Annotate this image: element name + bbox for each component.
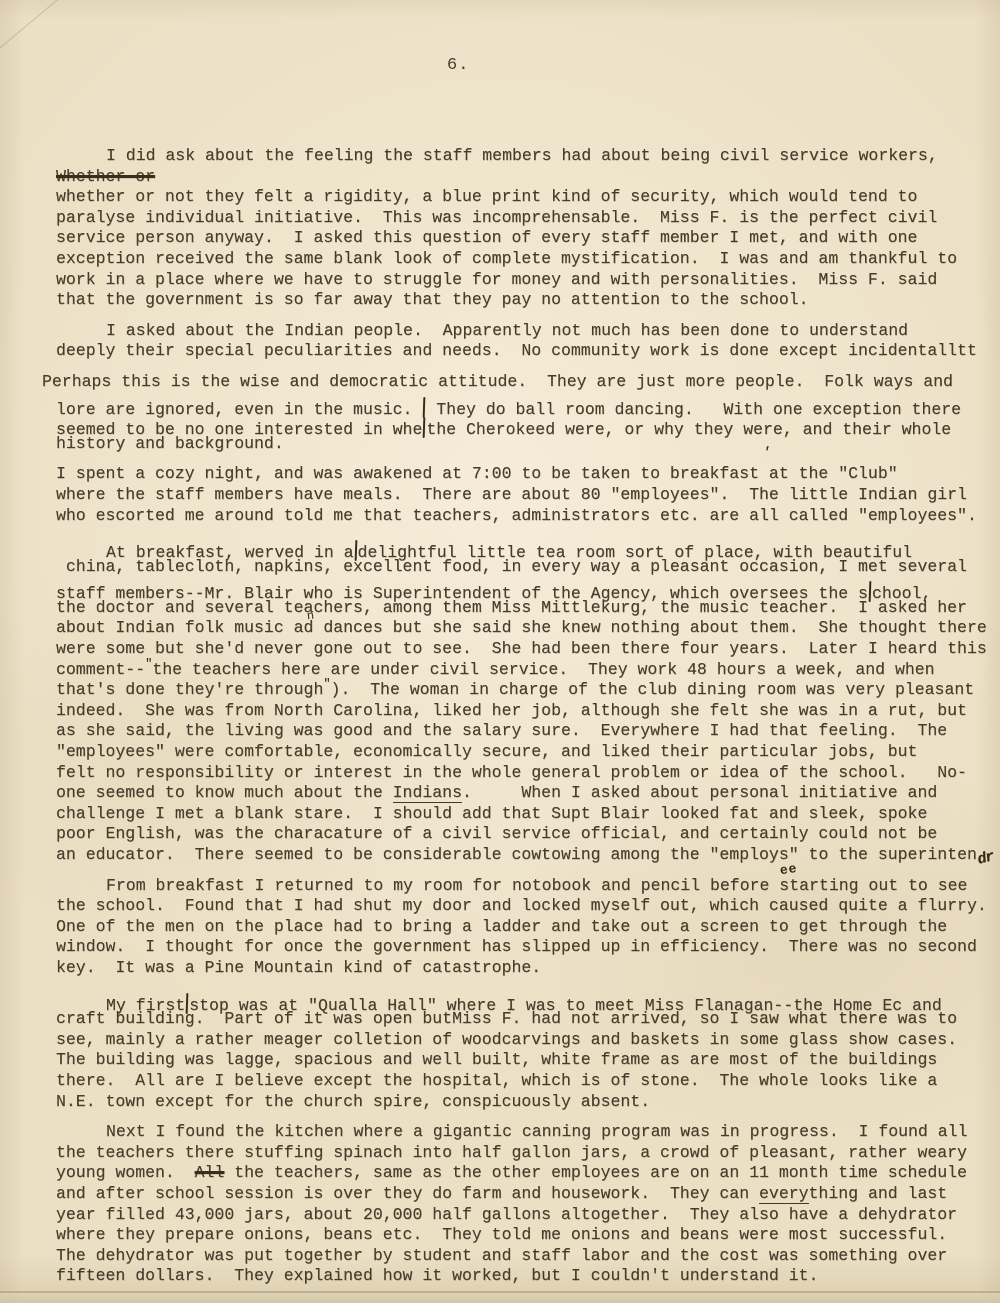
text-segment: china, tablecloth, napkins, excellent fo…: [56, 557, 967, 576]
text-line: the school. Found that I had shut my doo…: [56, 896, 992, 917]
text-line: about Indian folk music adn dances but s…: [56, 618, 992, 639]
text-line: felt no responsibility or interest in th…: [56, 763, 992, 784]
text-line: that the government is so far away that …: [56, 290, 992, 311]
paragraph: From breakfast I returned to my room for…: [56, 876, 992, 979]
paragraph: Next I found the kitchen where a giganti…: [56, 1122, 992, 1287]
text-segment: . When I asked about personal initiative…: [462, 783, 937, 802]
text-line: Next I found the kitchen where a giganti…: [56, 1122, 992, 1143]
text-line: where the staff members have meals. Ther…: [56, 485, 992, 506]
text-segment: to the superinten: [799, 845, 977, 864]
paragraph: I asked about the Indian people. Apparen…: [56, 321, 992, 362]
text-line: I asked about the Indian people. Apparen…: [56, 321, 992, 342]
struck-text: All: [195, 1163, 225, 1182]
underlined-text: Indians: [393, 783, 462, 803]
pen-annotation: n: [305, 606, 314, 627]
text-segment: that the government is so far away that …: [56, 290, 809, 309]
text-segment: were some but she'd never gone out to se…: [56, 639, 987, 658]
text-line: seemed to be no one interested in whethe…: [56, 413, 992, 434]
text-segment: the teachers, same as the other employee…: [224, 1163, 967, 1182]
text-line: that's done they're through"). The woman…: [56, 680, 992, 701]
text-segment: craft building. Part of it was open butM…: [56, 1009, 957, 1028]
text-line: paralyse individual initiative. This was…: [56, 208, 992, 229]
text-segment: poor English, was the characature of a c…: [56, 824, 937, 843]
text-segment: history and background.: [56, 434, 284, 453]
handwritten-note: dr: [975, 847, 996, 871]
text-segment: about Indian folk music a: [56, 618, 304, 637]
text-line: I spent a cozy night, and was awakened a…: [56, 464, 992, 485]
paragraph: At breakfast, werved in adelightful litt…: [56, 536, 992, 866]
text-segment: who escorted me around told me that teac…: [56, 506, 977, 525]
text-line: the doctor and several teachers, among t…: [56, 598, 992, 619]
text-segment: One of the men on the place had to bring…: [56, 917, 947, 936]
text-segment: challenge I met a blank stare. I should …: [56, 804, 927, 823]
text-line: service person anyway. I asked this ques…: [56, 228, 992, 249]
pen-superscript: ": [145, 657, 152, 671]
text-line: young women. All the teachers, same as t…: [56, 1163, 992, 1184]
text-line: work in a place where we have to struggl…: [56, 270, 992, 291]
text-line: My firststop was at "Qualla Hall" where …: [56, 989, 992, 1010]
text-segment: the Cherokeed were, or why they we: [426, 420, 763, 439]
text-line: staff members--Mr. Blair who is Superint…: [56, 577, 992, 598]
page-number: 6.: [447, 56, 469, 75]
text-segment: The dehydrator was put together by stude…: [56, 1246, 947, 1265]
text-segment: the school. Found that I had shut my doo…: [56, 896, 987, 915]
pen-annotation: ee: [778, 859, 798, 882]
text-line: N.E. town except for the church spire, c…: [56, 1092, 992, 1113]
text-segment: service person anyway. I asked this ques…: [56, 228, 917, 247]
text-segment: re, and their whole: [763, 420, 951, 439]
text-line: one seemed to know much about the Indian…: [56, 783, 992, 804]
pen-superscript: ": [323, 677, 330, 691]
text-line: The building was lagge, spacious and wel…: [56, 1050, 992, 1071]
text-segment: year filled 43,000 jars, about 20,000 ha…: [56, 1205, 957, 1224]
text-line: whether or not they felt a rigidity, a b…: [56, 187, 992, 208]
text-segment: window. I thought for once the governmen…: [56, 937, 977, 956]
text-segment: The building was lagge, spacious and wel…: [56, 1050, 937, 1069]
text-segment: an educator. There seemed to be consider…: [56, 845, 779, 864]
text-segment: whether or not they felt a rigidity, a b…: [56, 187, 917, 206]
text-segment: and after school session is over they do…: [56, 1184, 759, 1203]
text-segment: one seemed to know much about the: [56, 783, 393, 802]
text-segment: as she said, the living was good and the…: [56, 721, 947, 740]
text-line: and after school session is over they do…: [56, 1184, 992, 1205]
text-segment: Perhaps this is the wise and democratic …: [42, 372, 953, 391]
paragraph: Perhaps this is the wise and democratic …: [56, 372, 992, 454]
text-segment: I spent a cozy night, and was awakened a…: [56, 464, 898, 483]
text-line: comment--"the teachers here are under ci…: [56, 660, 992, 681]
text-segment: the teachers here are under civil servic…: [152, 660, 934, 679]
text-line: craft building. Part of it was open butM…: [56, 1009, 992, 1030]
text-line: Perhaps this is the wise and democratic …: [42, 372, 992, 393]
text-segment: indeed. She was from North Carolina, lik…: [56, 701, 967, 720]
text-line: there. All are I believe except the hosp…: [56, 1071, 992, 1092]
document-body: I did ask about the feeling the staff me…: [56, 146, 992, 1297]
text-line: One of the men on the place had to bring…: [56, 917, 992, 938]
text-segment: see, mainly a rather meager colletion of…: [56, 1030, 957, 1049]
text-line: indeed. She was from North Carolina, lik…: [56, 701, 992, 722]
text-segment: young women.: [56, 1163, 195, 1182]
text-segment: paralyse individual initiative. This was…: [56, 208, 937, 227]
text-line: who escorted me around told me that teac…: [56, 506, 992, 527]
text-line: deeply their special peculiarities and n…: [56, 341, 992, 362]
text-segment: exception received the same blank look o…: [56, 249, 957, 268]
text-segment: there. All are I believe except the hosp…: [56, 1071, 937, 1090]
text-segment: ). The woman in charge of the club dinin…: [331, 680, 975, 699]
text-segment: work in a place where we have to struggl…: [56, 270, 937, 289]
text-segment: where they prepare onions, beans etc. Th…: [56, 1225, 947, 1244]
text-line: year filled 43,000 jars, about 20,000 ha…: [56, 1205, 992, 1226]
text-segment: felt no responsibility or interest in th…: [56, 763, 967, 782]
struck-text: Whether or: [56, 167, 155, 186]
pen-stroke-mark: [354, 540, 357, 561]
text-line: challenge I met a blank stare. I should …: [56, 804, 992, 825]
text-line: were some but she'd never gone out to se…: [56, 639, 992, 660]
text-segment: the doctor and several teachers, among t…: [56, 598, 967, 617]
text-line: as she said, the living was good and the…: [56, 721, 992, 742]
text-line: see, mainly a rather meager colletion of…: [56, 1030, 992, 1051]
text-segment: deeply their special peculiarities and n…: [56, 341, 977, 360]
text-segment: the teachers there stuffing spinach into…: [56, 1143, 967, 1162]
text-segment: thing and last: [809, 1184, 948, 1203]
text-segment: Next I found the kitchen where a giganti…: [106, 1122, 967, 1141]
text-segment: fifteen dollars. They explained how it w…: [56, 1266, 818, 1285]
text-segment: N.E. town except for the church spire, c…: [56, 1092, 650, 1111]
text-segment: I asked about the Indian people. Apparen…: [106, 321, 908, 340]
text-segment: s"ee: [779, 845, 799, 864]
text-line: I did ask about the feeling the staff me…: [56, 146, 992, 167]
text-segment: I did ask about the feeling the staff me…: [106, 146, 938, 165]
text-line: window. I thought for once the governmen…: [56, 937, 992, 958]
paragraph: I spent a cozy night, and was awakened a…: [56, 464, 992, 526]
text-line: fifteen dollars. They explained how it w…: [56, 1266, 992, 1287]
text-line: Whether or: [56, 167, 992, 188]
text-segment: where the staff members have meals. Ther…: [56, 485, 967, 504]
paragraph: I did ask about the feeling the staff me…: [56, 146, 992, 311]
text-line: an educator. There seemed to be consider…: [56, 845, 992, 866]
text-segment: key. It was a Pine Mountain kind of cata…: [56, 958, 541, 977]
text-line: the teachers there stuffing spinach into…: [56, 1143, 992, 1164]
text-line: poor English, was the characature of a c…: [56, 824, 992, 845]
text-segment: dances but she said she knew nothing abo…: [313, 618, 986, 637]
paragraph: My firststop was at "Qualla Hall" where …: [56, 989, 992, 1113]
text-segment: "employees" were comfortable, economical…: [56, 742, 917, 761]
text-segment: comment--: [56, 660, 145, 679]
text-line: The dehydrator was put together by stude…: [56, 1246, 992, 1267]
text-line: At breakfast, werved in adelightful litt…: [56, 536, 992, 557]
text-line: where they prepare onions, beans etc. Th…: [56, 1225, 992, 1246]
text-line: lore are ignored, even in the music. The…: [56, 393, 992, 414]
text-segment: dn: [304, 618, 314, 637]
text-segment: From breakfast I returned to my room for…: [106, 876, 967, 895]
document-page: 6. I did ask about the feeling the staff…: [0, 0, 1000, 1303]
underlined-text: every: [759, 1184, 809, 1204]
text-line: exception received the same blank look o…: [56, 249, 992, 270]
text-line: china, tablecloth, napkins, excellent fo…: [56, 557, 992, 578]
text-line: From breakfast I returned to my room for…: [56, 876, 992, 897]
text-line: key. It was a Pine Mountain kind of cata…: [56, 958, 992, 979]
text-line: "employees" were comfortable, economical…: [56, 742, 992, 763]
text-segment: that's done they're through: [56, 680, 323, 699]
